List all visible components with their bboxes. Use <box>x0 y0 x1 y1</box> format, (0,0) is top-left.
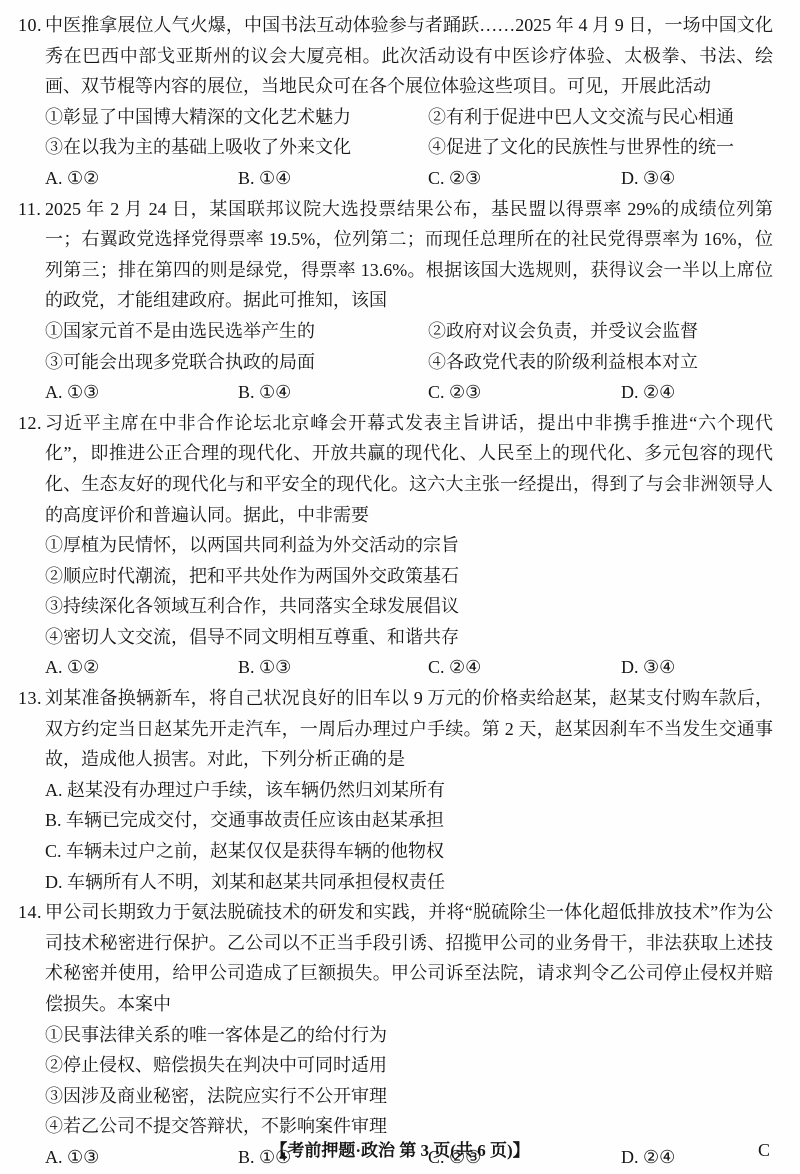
choice-c: C. ②③ <box>428 163 621 194</box>
choice-a: A. ①③ <box>45 377 238 408</box>
question-number: 14. <box>18 897 45 928</box>
option-1: ①国家元首不是由选民选举产生的 <box>45 316 428 347</box>
choice-d: D. ③④ <box>621 652 773 683</box>
numbered-options: ①彰显了中国博大精深的文化艺术魅力 ②有利于促进中巴人文交流与民心相通 ③在以我… <box>45 102 773 163</box>
question-stem: 习近平主席在中非合作论坛北京峰会开幕式发表主旨讲话，提出中非携手推进“六个现代化… <box>45 408 773 530</box>
question-12: 12. 习近平主席在中非合作论坛北京峰会开幕式发表主旨讲话，提出中非携手推进“六… <box>18 408 773 683</box>
option-2: ②顺应时代潮流，把和平共处作为两国外交政策基石 <box>45 561 773 592</box>
option-3: ③因涉及商业秘密，法院应实行不公开审理 <box>45 1081 773 1112</box>
page-footer: 【考前押题·政治 第 3 页(共 6 页)】 C <box>0 1135 800 1166</box>
numbered-options: ①厚植为民情怀，以两国共同利益为外交活动的宗旨 ②顺应时代潮流，把和平共处作为两… <box>45 530 773 652</box>
choice-b: B. ①④ <box>238 163 428 194</box>
option-2: ②停止侵权、赔偿损失在判决中可同时适用 <box>45 1050 773 1081</box>
question-14: 14. 甲公司长期致力于氨法脱硫技术的研发和实践，并将“脱硫除尘一体化超低排放技… <box>18 897 773 1172</box>
footer-label: 【考前押题·政治 第 3 页(共 6 页)】 <box>270 1141 529 1160</box>
question-stem: 中医推拿展位人气火爆，中国书法互动体验参与者踊跃……2025 年 4 月 9 日… <box>45 10 773 102</box>
choice-b: B. ①③ <box>238 652 428 683</box>
option-4: ④密切人文交流，倡导不同文明相互尊重、和谐共存 <box>45 622 773 653</box>
option-1: ①彰显了中国博大精深的文化艺术魅力 <box>45 102 428 133</box>
question-13: 13. 刘某准备换辆新车，将自己状况良好的旧车以 9 万元的价格卖给赵某，赵某支… <box>18 683 773 897</box>
option-b: B. 车辆已完成交付，交通事故责任应该由赵某承担 <box>45 805 773 836</box>
question-number: 11. <box>18 194 45 225</box>
option-c: C. 车辆未过户之前，赵某仅仅是获得车辆的他物权 <box>45 836 773 867</box>
question-10: 10. 中医推拿展位人气火爆，中国书法互动体验参与者踊跃……2025 年 4 月… <box>18 10 773 194</box>
option-4: ④各政党代表的阶级利益根本对立 <box>428 347 773 378</box>
option-d: D. 车辆所有人不明，刘某和赵某共同承担侵权责任 <box>45 867 773 898</box>
option-2: ②有利于促进中巴人文交流与民心相通 <box>428 102 773 133</box>
option-4: ④促进了文化的民族性与世界性的统一 <box>428 132 773 163</box>
version-mark: C <box>758 1135 770 1166</box>
numbered-options: ①民事法律关系的唯一客体是乙的给付行为 ②停止侵权、赔偿损失在判决中可同时适用 … <box>45 1020 773 1142</box>
numbered-options: ①国家元首不是由选民选举产生的 ②政府对议会负责，并受议会监督 ③可能会出现多党… <box>45 316 773 377</box>
option-2: ②政府对议会负责，并受议会监督 <box>428 316 773 347</box>
choice-a: A. ①② <box>45 652 238 683</box>
question-number: 13. <box>18 683 45 714</box>
option-1: ①民事法律关系的唯一客体是乙的给付行为 <box>45 1020 773 1051</box>
choice-b: B. ①④ <box>238 377 428 408</box>
lettered-options: A. 赵某没有办理过户手续，该车辆仍然归刘某所有 B. 车辆已完成交付，交通事故… <box>45 775 773 897</box>
option-3: ③持续深化各领域互利合作，共同落实全球发展倡议 <box>45 591 773 622</box>
answer-choices: A. ①③ B. ①④ C. ②③ D. ②④ <box>45 377 773 408</box>
choice-d: D. ③④ <box>621 163 773 194</box>
choice-c: C. ②④ <box>428 652 621 683</box>
answer-choices: A. ①② B. ①④ C. ②③ D. ③④ <box>45 163 773 194</box>
question-number: 10. <box>18 10 45 41</box>
option-a: A. 赵某没有办理过户手续，该车辆仍然归刘某所有 <box>45 775 773 806</box>
question-number: 12. <box>18 408 45 439</box>
option-3: ③在以我为主的基础上吸收了外来文化 <box>45 132 428 163</box>
choice-d: D. ②④ <box>621 377 773 408</box>
option-3: ③可能会出现多党联合执政的局面 <box>45 347 428 378</box>
choice-c: C. ②③ <box>428 377 621 408</box>
exam-page: 10. 中医推拿展位人气火爆，中国书法互动体验参与者踊跃……2025 年 4 月… <box>0 0 800 1174</box>
option-1: ①厚植为民情怀，以两国共同利益为外交活动的宗旨 <box>45 530 773 561</box>
question-stem: 刘某准备换辆新车，将自己状况良好的旧车以 9 万元的价格卖给赵某，赵某支付购车款… <box>45 683 773 775</box>
question-11: 11. 2025 年 2 月 24 日，某国联邦议院大选投票结果公布，基民盟以得… <box>18 194 773 408</box>
question-stem: 甲公司长期致力于氨法脱硫技术的研发和实践，并将“脱硫除尘一体化超低排放技术”作为… <box>45 897 773 1019</box>
question-stem: 2025 年 2 月 24 日，某国联邦议院大选投票结果公布，基民盟以得票率 2… <box>45 194 773 316</box>
answer-choices: A. ①② B. ①③ C. ②④ D. ③④ <box>45 652 773 683</box>
choice-a: A. ①② <box>45 163 238 194</box>
